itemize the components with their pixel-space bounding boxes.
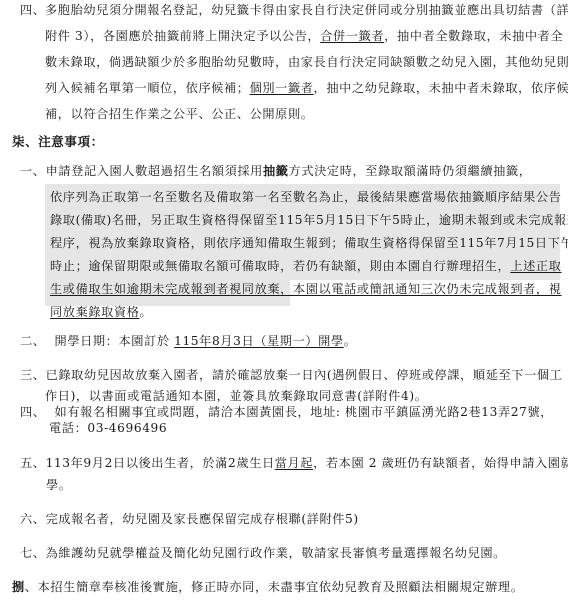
multi-birth-line-5: 補，以符合招生作業之公平、公正、公開原則。 [45, 106, 314, 122]
box-line-1: 依序列為正取第一名至數名及備取第一名至數名為止，最後結果應當場依抽籤順序結果公告 [50, 189, 562, 205]
note-3-line-1: 三、已錄取幼兒因故放棄入園者，請於確認放棄一日內(遇例假日、停班或停課，順延至下… [20, 367, 562, 383]
multi-birth-line-3: 數未錄取，倘遇缺額少於多胞胎幼兒數時，由家長自行決定同缺額數之幼兒入園，其他幼兒… [45, 54, 568, 70]
merged-draw-term: 合併一籤者 [320, 29, 384, 43]
school-start-date: 115年8月3日（星期一）開學 [174, 334, 344, 348]
box-line-5: 生或備取生如逾期未完成報到者視同放棄，本園以電話或簡訊通知三次仍未完成報到者，視 [50, 281, 562, 297]
box-line-6: 同放棄錄取資格。 [50, 304, 152, 320]
box-line-2: 錄取(備取)名冊，另正取生資格得保留至115年5月15日下午5時止，逾期未報到或… [50, 212, 568, 228]
note-4-phone: 電話：03-4696496 [49, 420, 167, 436]
multi-birth-line-2: 附件 3），各園應於抽籤前將上開決定予以公告，合併一籤者，抽中者全數錄取，未抽中… [45, 28, 563, 44]
multi-birth-line-4: 列入候補名單第一順位，依序候補；個別一籤者，抽中之幼兒錄取，未抽中者未錄取，依序… [45, 80, 568, 96]
section-eight: 捌、本招生簡章奉核准後實施，修正時亦同，未盡事宜依幼兒教育及照顧法相關規定辦理。 [12, 579, 524, 595]
lottery-term: 抽籤 [263, 164, 289, 178]
note-4-line-1: 四、 如有報名相關事宜或問題，請洽本園黃園長，地址: 桃園市平鎮區湧光路2巷13… [20, 404, 553, 420]
note-7: 七、為維護幼兒就學權益及簡化幼兒園行政作業，敬請家長審慎考量選擇報名幼兒園。 [20, 545, 506, 561]
note-5-line-1: 五、113年9月2日以後出生者，於滿2歲生日當月起，若本園 2 歲班仍有缺額者，… [20, 455, 568, 471]
individual-draw-term: 個別一籤者 [250, 81, 314, 95]
note-5-line-2: 學。 [46, 477, 72, 493]
box-line-4: 時止；逾保留期限或無備取名額可備取時，若仍有缺額，則由本園自行辦理招生，上述正取 [50, 258, 562, 274]
note-6: 六、完成報名者，幼兒園及家長應保留完成存根聯(詳附件5) [20, 511, 359, 527]
note-2: 二、 開學日期：本園訂於 115年8月3日（星期一）開學。 [20, 333, 357, 349]
multi-birth-line-1: 多胞胎幼兒須分開報名登記，幼兒籤卡得由家長自行決定併同或分別抽籤並應出具切結書（… [45, 2, 568, 18]
box-line-3: 程序，視為放棄錄取資格，則依序通知備取生報到；備取生資格得保留至115年7月15… [50, 235, 568, 251]
section-heading-notes: 柒、注意事項： [12, 134, 104, 150]
item-four-marker: 四、 [20, 2, 46, 18]
note-3-line-2: 作日)，以書面或電話通知本園，並簽具放棄錄取同意書(詳附件4)。 [45, 388, 427, 404]
note-1: 一、申請登記入園人數超過招生名額須採用抽籤方式決定時，至錄取額滿時仍須繼續抽籤， [20, 163, 532, 179]
